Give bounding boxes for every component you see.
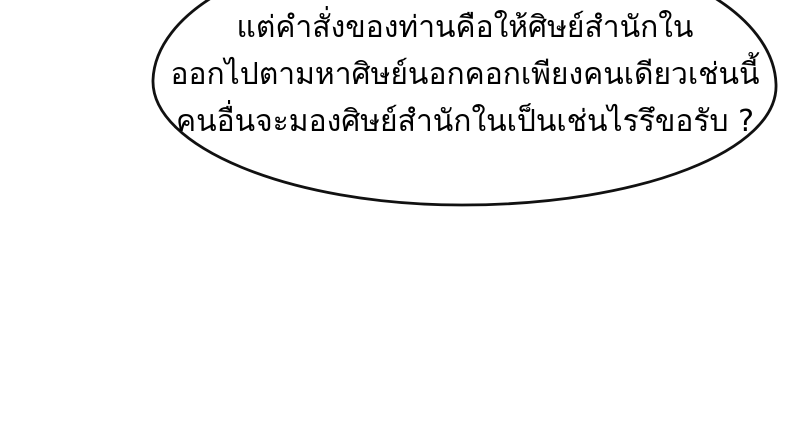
speech-line-2: ออกไปตามหาศิษย์นอกคอกเพียงคนเดียวเช่นนี้ — [115, 51, 800, 98]
speech-line-1: แต่คำสั่งของท่านคือให้ศิษย์สำนักใน — [115, 4, 800, 51]
speech-bubble-text: แต่คำสั่งของท่านคือให้ศิษย์สำนักใน ออกไป… — [115, 4, 800, 145]
speech-line-3: คนอื่นจะมองศิษย์สำนักในเป็นเช่นไรรึขอรับ… — [115, 98, 800, 145]
comic-panel: แต่คำสั่งของท่านคือให้ศิษย์สำนักใน ออกไป… — [0, 0, 800, 446]
